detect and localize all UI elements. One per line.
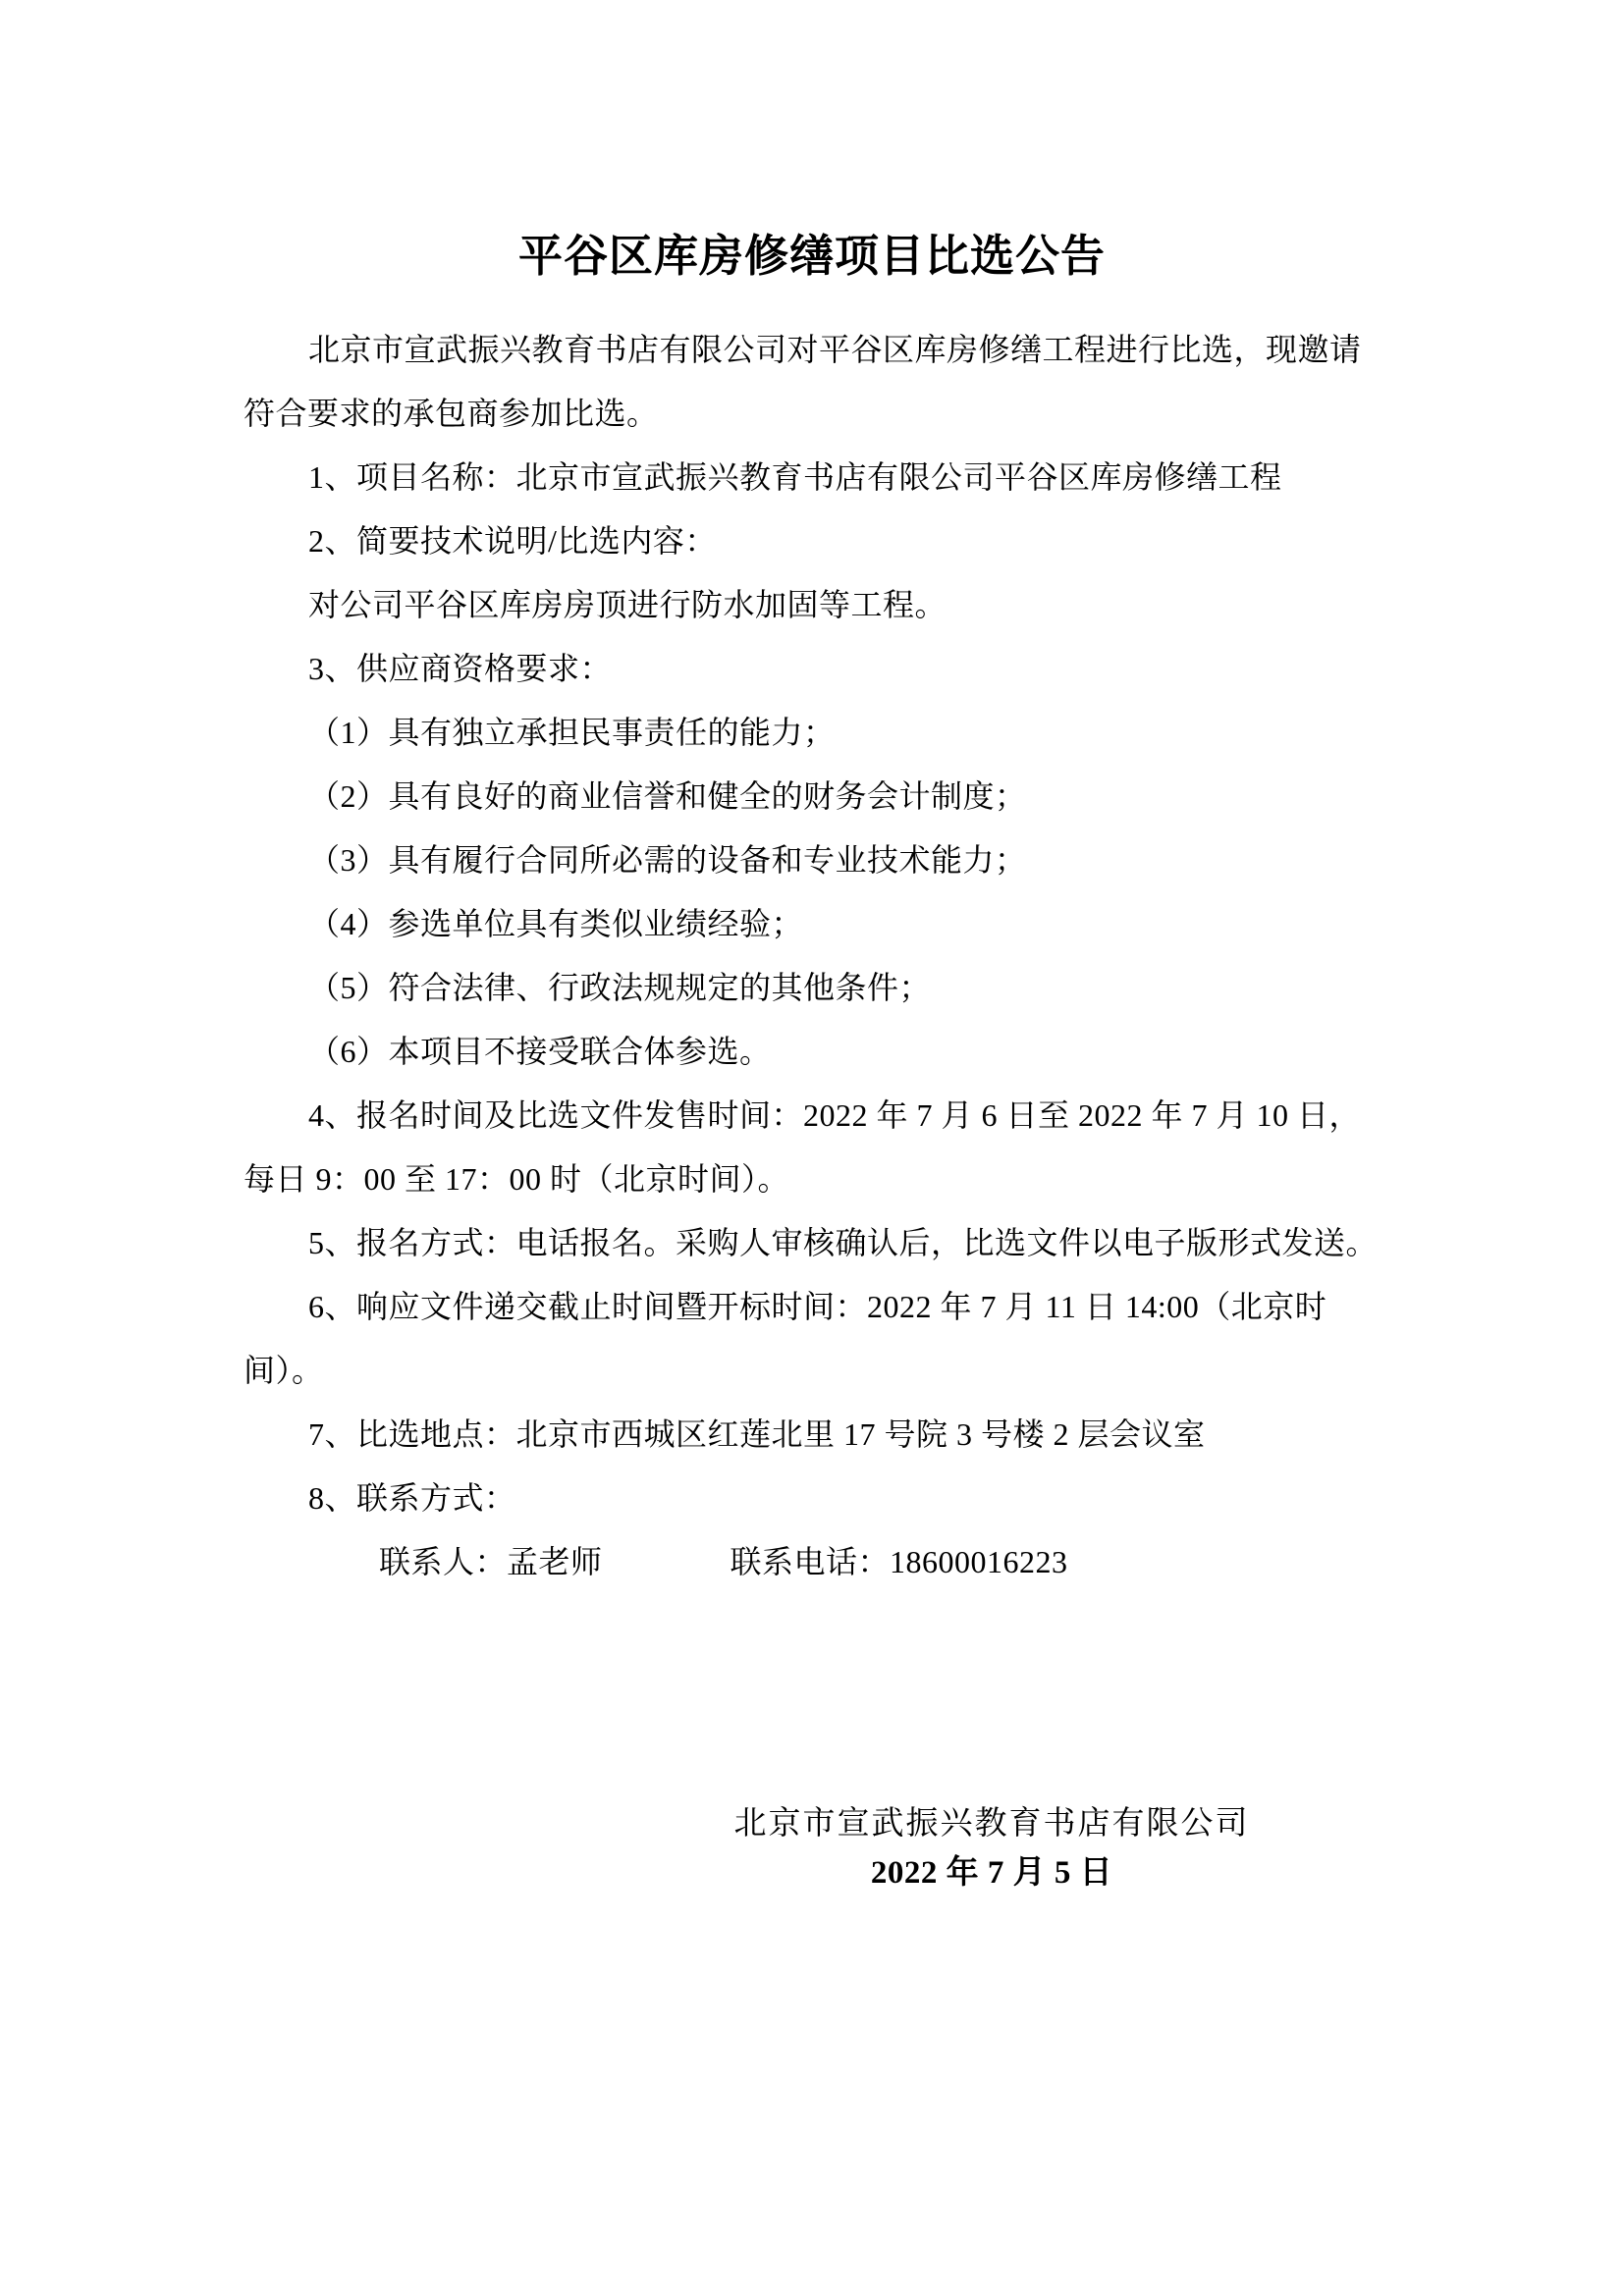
body-line: 1、项目名称：北京市宣武振兴教育书店有限公司平谷区库房修缮工程 xyxy=(244,446,1380,509)
body-line: 符合要求的承包商参加比选。 xyxy=(244,382,1380,446)
body-line: 2、简要技术说明/比选内容： xyxy=(244,509,1380,573)
body-line: 3、供应商资格要求： xyxy=(244,637,1380,701)
body-line: 7、比选地点：北京市西城区红莲北里 17 号院 3 号楼 2 层会议室 xyxy=(244,1403,1380,1467)
body-line: 6、响应文件递交截止时间暨开标时间：2022 年 7 月 11 日 14:00（… xyxy=(244,1275,1380,1339)
body-line: 对公司平谷区库房房顶进行防水加固等工程。 xyxy=(244,573,1380,637)
contact-line: 联系人：孟老师联系电话：18600016223 xyxy=(244,1530,1380,1594)
signature-company: 北京市宣武振兴教育书店有限公司 xyxy=(697,1799,1286,1848)
body-line: 每日 9：00 至 17：00 时（北京时间）。 xyxy=(244,1148,1380,1211)
document-body-lines: 北京市宣武振兴教育书店有限公司对平谷区库房修缮工程进行比选，现邀请符合要求的承包… xyxy=(244,318,1380,1530)
body-line: （6）本项目不接受联合体参选。 xyxy=(244,1020,1380,1084)
body-line: 4、报名时间及比选文件发售时间：2022 年 7 月 6 日至 2022 年 7… xyxy=(244,1084,1380,1148)
contact-person: 联系人：孟老师 xyxy=(379,1544,603,1579)
signature-date: 2022 年 7 月 5 日 xyxy=(697,1848,1286,1897)
body-line: （2）具有良好的商业信誉和健全的财务会计制度； xyxy=(244,765,1380,828)
document-title: 平谷区库房修缮项目比选公告 xyxy=(244,222,1380,291)
contact-phone: 联系电话：18600016223 xyxy=(731,1544,1068,1579)
body-line: （4）参选单位具有类似业绩经验； xyxy=(244,892,1380,956)
body-line: （3）具有履行合同所必需的设备和专业技术能力； xyxy=(244,828,1380,892)
document-page: 平谷区库房修缮项目比选公告 北京市宣武振兴教育书店有限公司对平谷区库房修缮工程进… xyxy=(0,0,1624,2296)
signature-block: 北京市宣武振兴教育书店有限公司 2022 年 7 月 5 日 xyxy=(697,1799,1286,1897)
body-line: 8、联系方式： xyxy=(244,1467,1380,1530)
body-line: 间）。 xyxy=(244,1339,1380,1403)
body-line: （1）具有独立承担民事责任的能力； xyxy=(244,701,1380,765)
body-line: （5）符合法律、行政法规规定的其他条件； xyxy=(244,956,1380,1020)
body-line: 北京市宣武振兴教育书店有限公司对平谷区库房修缮工程进行比选，现邀请 xyxy=(244,318,1380,382)
body-line: 5、报名方式：电话报名。采购人审核确认后，比选文件以电子版形式发送。 xyxy=(244,1211,1380,1275)
